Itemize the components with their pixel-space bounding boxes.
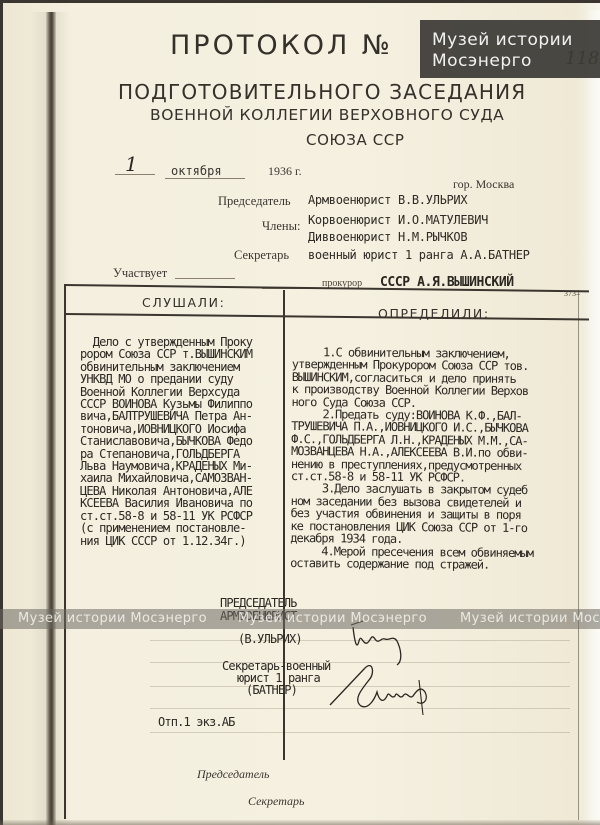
member-1-value: Корвоенюрист И.О.МАТУЛЕВИЧ bbox=[308, 213, 488, 227]
chairman-value: Армвоенюрист В.В.УЛЬРИХ bbox=[308, 193, 467, 207]
participating-label: Участвует bbox=[113, 266, 167, 281]
document-page: ПРОТОКОЛ № 118 ПОДГОТОВИТЕЛЬНОГО ЗАСЕДАН… bbox=[0, 0, 600, 825]
secretary-value: военный юрист 1 ранга А.А.БАТНЕР bbox=[308, 248, 530, 262]
binding-edge bbox=[46, 12, 56, 825]
ruled-line bbox=[150, 732, 570, 733]
frame-border-left bbox=[0, 0, 3, 825]
watermark-line-2: Мосэнерго bbox=[432, 51, 532, 71]
page-bottom-shadow bbox=[0, 820, 600, 825]
column-header-heard: СЛУШАЛИ: bbox=[142, 295, 225, 310]
document-subtitle-2: ВОЕННОЙ КОЛЛЕГИИ ВЕРХОВНОГО СУДА bbox=[150, 106, 504, 124]
watermark-strip-text-1: Музей истории Мосэнерго bbox=[18, 611, 207, 626]
heard-text: Дело с утвержденным Проку рором Союза СС… bbox=[80, 336, 252, 547]
participating-underline bbox=[175, 278, 235, 279]
date-underline bbox=[115, 174, 155, 175]
secretary-label: Секретарь bbox=[234, 248, 289, 263]
signature-chairman-title-1: ПРЕДСЕДАТЕЛЬ bbox=[220, 597, 297, 609]
page-edge bbox=[586, 10, 600, 825]
date-underline bbox=[165, 178, 245, 179]
column-header-decided: ОПРЕДЕЛИЛИ: bbox=[378, 306, 490, 321]
signature-batner-icon bbox=[325, 660, 445, 720]
table-right-border bbox=[578, 290, 579, 820]
table-header-border bbox=[64, 313, 589, 320]
signature-chairman-name: (В.УЛЬРИХ) bbox=[238, 633, 302, 645]
footer-chairman-label: Председатель bbox=[197, 767, 269, 782]
watermark-line-1: Музей истории bbox=[432, 30, 573, 50]
document-subtitle-1: ПОДГОТОВИТЕЛЬНОГО ЗАСЕДАНИЯ bbox=[118, 80, 526, 104]
watermark-strip-text-2: Музей истории Мосэнерго bbox=[238, 611, 427, 626]
members-label: Члены: bbox=[262, 219, 300, 234]
decided-text: 1.С обвинительным заключением, утвержден… bbox=[290, 346, 535, 571]
table-left-border bbox=[64, 284, 66, 819]
document-subtitle-3: СОЮЗА ССР bbox=[306, 131, 405, 149]
footer-secretary-label: Секретарь bbox=[248, 794, 304, 809]
frame-border-top bbox=[0, 0, 600, 3]
chairman-label: Председатель bbox=[218, 194, 291, 209]
date-year: 1936 г. bbox=[268, 164, 302, 179]
document-title: ПРОТОКОЛ № bbox=[170, 30, 393, 61]
date-month: октября bbox=[171, 164, 222, 178]
member-2-value: Диввоенюрист Н.М.РЫЧКОВ bbox=[308, 230, 467, 244]
watermark-strip-text-3: Музей истории Мосэнерго bbox=[460, 611, 600, 626]
signature-secretary-name: (БАТНЕР) bbox=[246, 684, 297, 696]
city: гор. Москва bbox=[453, 177, 514, 192]
copy-note: Отп.1 экз.АБ bbox=[158, 716, 235, 728]
date-day: 1 bbox=[125, 152, 138, 176]
